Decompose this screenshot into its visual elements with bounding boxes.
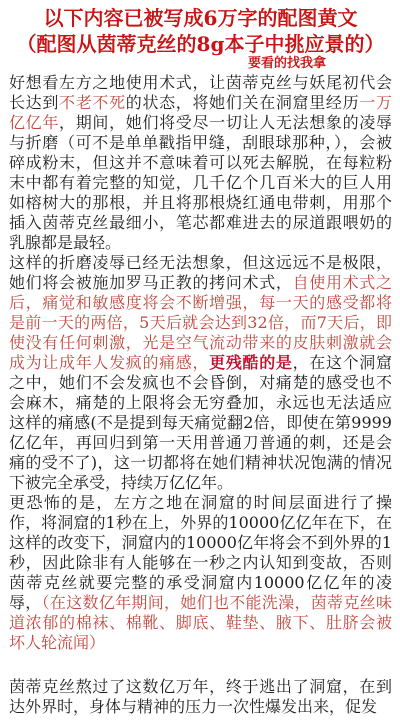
paragraph-2: 这样的折磨凌辱已经无法想象，但这远远不是极限，她们将会被施加罗马正教的拷问术式，… [9, 253, 392, 493]
paragraph-4: 茵蒂克丝熬过了这数亿万年，终于逃出了洞窟，在到达外界时，身体与精神的压力一次性爆… [9, 677, 392, 717]
text-segment: 的状态，将她们关在洞窟里经历 [126, 93, 360, 112]
text-segment: ，期间，她们将受尽一切让人无法想象的凌辱与折磨（可不是单单戳指甲缝，刮眼球那种，… [9, 113, 392, 252]
text-segment-red: （在这数亿年期间，她们也不能洗澡，茵蒂克丝味道浓郁的棉袜、棉靴、脚底、鞋垫、腋下… [9, 593, 392, 652]
paragraph-1: 好想看左方之地使用术式，让茵蒂克丝与妖尾初代会长达到不老不死的状态，将她们关在洞… [9, 73, 392, 253]
paragraph-3: 更恐怖的是，左方之地在洞窟的时间层面进行了操作，将洞窟的1秒在上，外界的1000… [9, 493, 392, 653]
text-segment-red-emphasis: 更残酷的是 [209, 353, 292, 372]
text-segment: 茵蒂克丝熬过了这数亿万年，终于逃出了洞窟，在到达外界时，身体与精神的压力一次性爆… [9, 677, 392, 716]
title-note: 要看的找我拿 [9, 57, 392, 71]
document-page: 以下内容已被写成6万字的配图黄文 （配图从茵蒂克丝的8g本子中挑应景的） 要看的… [0, 0, 400, 727]
text-segment-red: 不老不死 [59, 93, 126, 112]
page-title-line1: 以下内容已被写成6万字的配图黄文 [9, 5, 392, 31]
text-segment: ，在这个洞窟之中，她们不会发疯也不会昏倒，对痛楚的感受也不会麻木，痛楚的上限将会… [9, 353, 392, 492]
page-title-line2: （配图从茵蒂克丝的8g本子中挑应景的） [9, 31, 392, 57]
